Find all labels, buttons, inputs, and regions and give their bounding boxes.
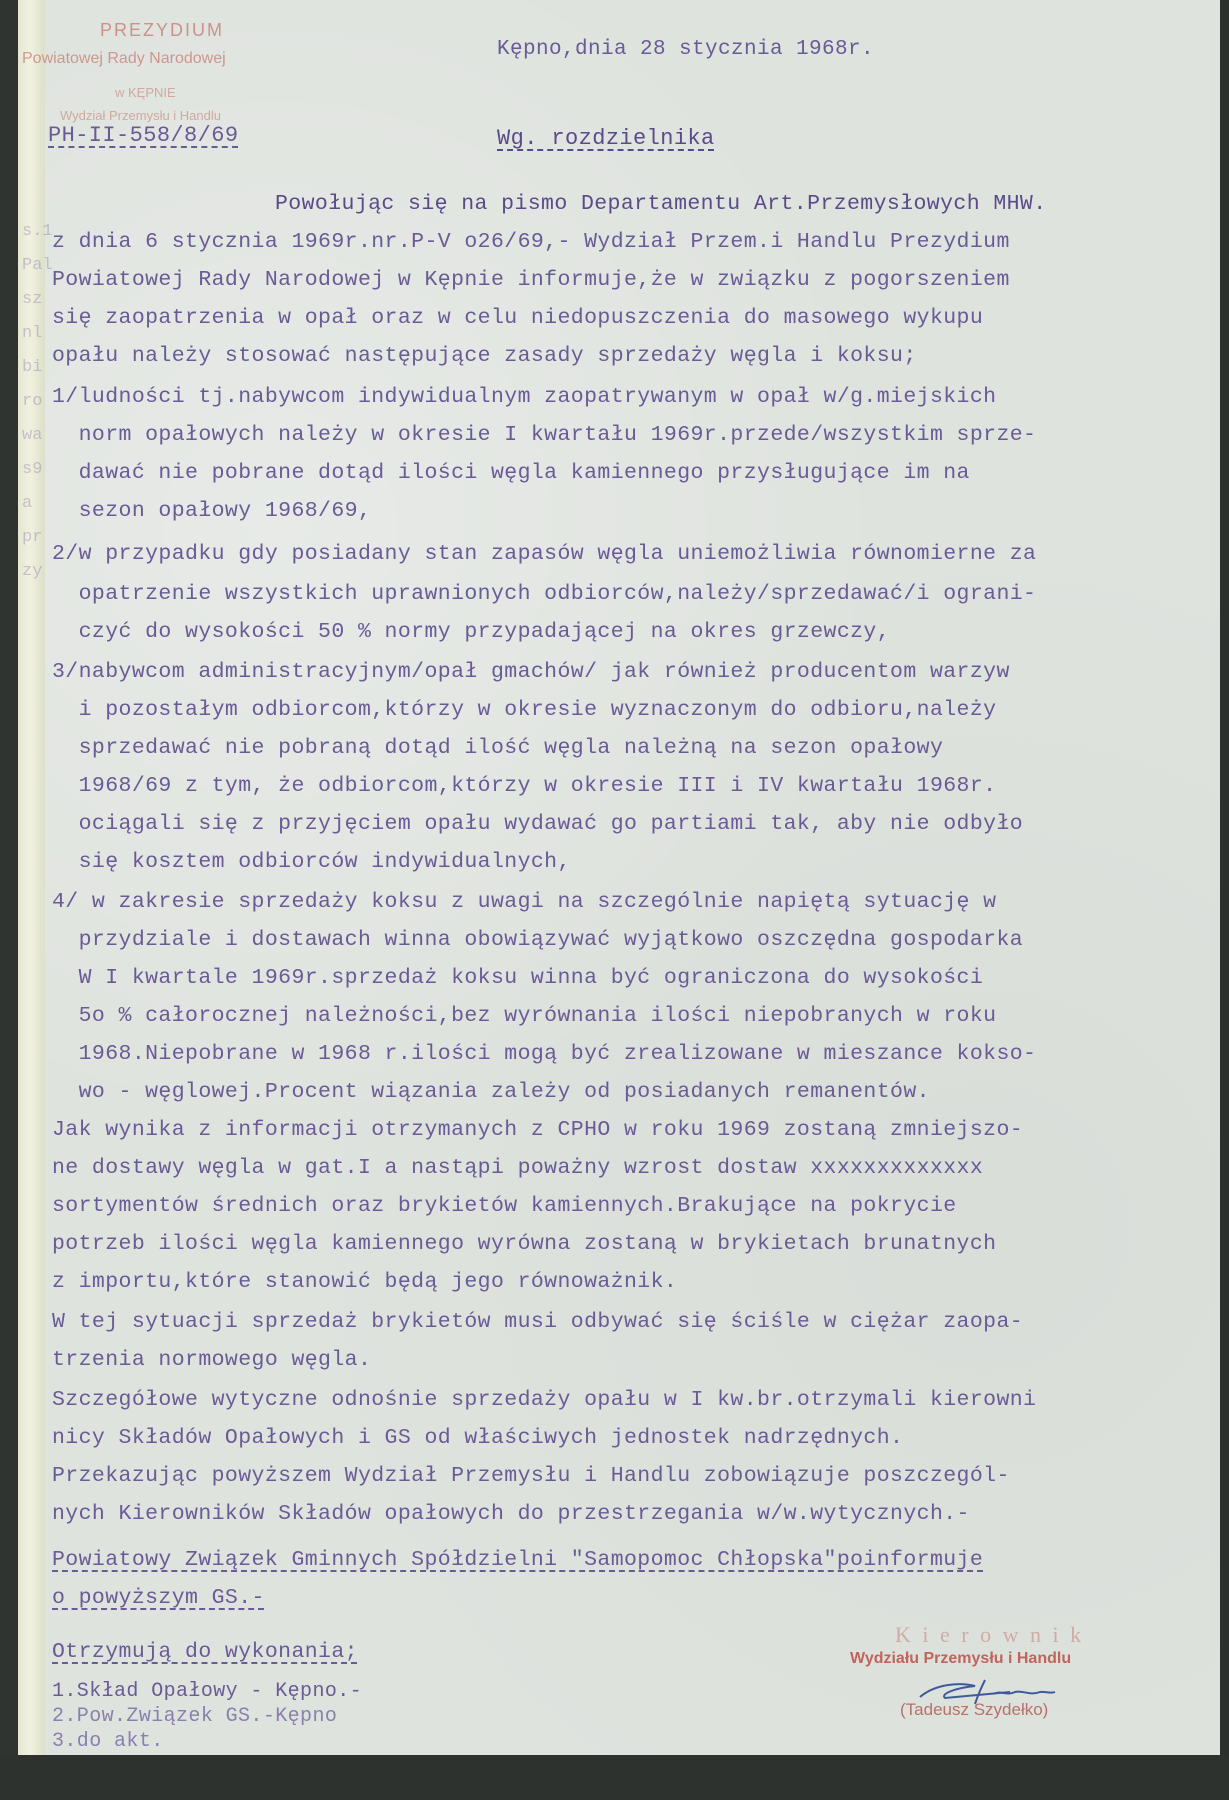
text-line: 4/ w zakresie sprzedaży koksu z uwagi na… (52, 890, 996, 914)
scan-background-right (1220, 0, 1229, 1800)
text-line: z importu,które stanowić będą jego równo… (52, 1270, 677, 1294)
text-line: trzenia normowego węgla. (52, 1348, 371, 1372)
text-line: opału należy stosować następujące zasady… (52, 344, 917, 368)
document-page (45, 0, 1220, 1755)
text-line: 1968/69 z tym, że odbiorcom,którzy w okr… (52, 774, 996, 798)
text-line: norm opałowych należy w okresie I kwarta… (52, 423, 1036, 447)
reference-number: PH-II-558/8/69 (48, 123, 238, 148)
stamp-line-presidium: PREZYDIUM (100, 20, 224, 41)
text-line: Powiatowej Rady Narodowej w Kępnie infor… (52, 268, 1010, 292)
distribution-item: 3.do akt. (52, 1730, 164, 1753)
text-line: W tej sytuacji sprzedaż brykietów musi o… (52, 1310, 1023, 1334)
ghost-fragment: s9 (22, 453, 53, 487)
text-line: i pozostałym odbiorcom,którzy w okresie … (52, 698, 996, 722)
text-line: opatrzenie wszystkich uprawnionych odbio… (52, 582, 1036, 606)
text-line: nicy Składów Opałowych i GS od właściwyc… (52, 1426, 903, 1450)
ghost-fragment: zy (22, 555, 53, 589)
signature-title: K i e r o w n i k (895, 1622, 1084, 1648)
text-line: 1/ludności tj.nabywcom indywidualnym zao… (52, 385, 996, 409)
text-line: Powiatowy Związek Gminnych Spółdzielni "… (52, 1548, 983, 1572)
ghost-fragment: s.1 (22, 215, 53, 249)
distribution-item: 1.Skład Opałowy - Kępno.- (52, 1680, 362, 1703)
ghost-fragment: Pal (22, 249, 53, 283)
text-line: potrzeb ilości węgla kamiennego wyrówna … (52, 1232, 996, 1256)
ghost-fragment: bi (22, 351, 53, 385)
text-line: wo - węglowej.Procent wiązania zależy od… (52, 1080, 930, 1104)
fold-ghost-text: s.1 Pal sz nl bi ro wa s9 a pr zy (22, 215, 53, 589)
signature-name: (Tadeusz Szydełko) (900, 1700, 1048, 1720)
text-line: z dnia 6 stycznia 1969r.nr.P-V o26/69,- … (52, 230, 1010, 254)
scan-background-bottom (0, 1755, 1229, 1800)
stamp-line-department: Wydział Przemysłu i Handlu (60, 108, 221, 123)
text-line: się zaopatrzenia w opał oraz w celu nied… (52, 306, 983, 330)
addressee: Wg. rozdzielnika (497, 126, 715, 151)
text-line: czyć do wysokości 50 % normy przypadając… (52, 620, 890, 644)
text-line: dawać nie pobrane dotąd ilości węgla kam… (52, 461, 970, 485)
text-line: o powyższym GS.- (52, 1586, 265, 1610)
text-line: Szczegółowe wytyczne odnośnie sprzedaży … (52, 1388, 1036, 1412)
text-line: Powołując się na pismo Departamentu Art.… (275, 192, 1047, 216)
ghost-fragment: wa (22, 419, 53, 453)
text-line: 2/w przypadku gdy posiadany stan zapasów… (52, 542, 1036, 566)
stamp-line-town: w KĘPNIE (115, 85, 176, 100)
distribution-heading: Otrzymują do wykonania; (52, 1640, 358, 1664)
stamp-line-council: Powiatowej Rady Narodowej (22, 50, 226, 68)
ghost-fragment: pr (22, 521, 53, 555)
text-line: sezon opałowy 1968/69, (52, 499, 371, 523)
text-line: 5o % całorocznej należności,bez wyrównan… (52, 1004, 996, 1028)
text-line: się kosztem odbiorców indywidualnych, (52, 850, 571, 874)
text-line: sortymentów średnich oraz brykietów kami… (52, 1194, 957, 1218)
text-line: Jak wynika z informacji otrzymanych z CP… (52, 1118, 1023, 1142)
text-line: przydziale i dostawach winna obowiązywać… (52, 928, 1023, 952)
place-and-date: Kępno,dnia 28 stycznia 1968r. (497, 38, 874, 61)
text-line: ne dostawy węgla w gat.I a nastąpi poważ… (52, 1156, 983, 1180)
text-line: 3/nabywcom administracyjnym/opał gmachów… (52, 660, 1010, 684)
text-line: 1968.Niepobrane w 1968 r.ilości mogą być… (52, 1042, 1036, 1066)
text-line: W I kwartale 1969r.sprzedaż koksu winna … (52, 966, 983, 990)
ghost-fragment: sz (22, 283, 53, 317)
ghost-fragment: ro (22, 385, 53, 419)
text-line: ociągali się z przyjęciem opału wydawać … (52, 812, 1023, 836)
distribution-item: 2.Pow.Związek GS.-Kępno (52, 1705, 337, 1728)
text-line: sprzedawać nie pobraną dotąd ilość węgla… (52, 736, 943, 760)
text-line: Przekazując powyższem Wydział Przemysłu … (52, 1464, 1010, 1488)
scan-background-left (0, 0, 18, 1800)
signature-department: Wydziału Przemysłu i Handlu (850, 1650, 1071, 1668)
ghost-fragment: a (22, 487, 53, 521)
ghost-fragment: nl (22, 317, 53, 351)
text-line: nych Kierowników Składów opałowych do pr… (52, 1502, 970, 1526)
